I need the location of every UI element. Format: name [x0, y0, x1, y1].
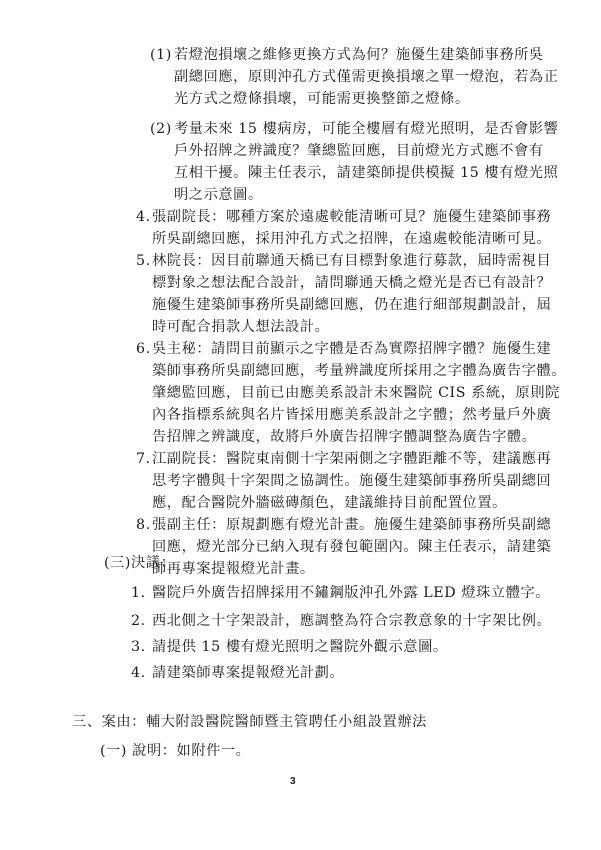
item-6-line-3: 肇總監回應，目前已由應美系設計未來醫院 CIS 系統，原則院 — [152, 382, 560, 404]
item-7-marker: 7. — [136, 448, 151, 470]
item-5-line-1: 林院長：因目前聯通天橋已有目標對象進行募款，屆時需視目 — [152, 250, 551, 272]
item-8-line-3: 師再專案提報燈光計畫。 — [152, 558, 315, 580]
section-three-sub-heading: (一) 說明：如附件一。 — [100, 740, 250, 762]
sub-item-2-line-2: 戶外招牌之辨識度？肇總監回應，目前燈光方式應不會有 — [174, 140, 544, 162]
item-6-line-2: 築師事務所吳副總回應，考量辨識度所採用之字體為廣告字體。 — [152, 360, 566, 382]
resolution-item-3-marker: 3. — [131, 636, 146, 658]
document-page: (1) 若燈泡損壞之維修更換方式為何？施優生建築師事務所吳 副總回應，原則沖孔方… — [0, 0, 601, 850]
item-6-marker: 6. — [136, 338, 151, 360]
item-5-line-2: 標對象之想法配合設計，請問聯通天橋之燈光是否已有設計？ — [152, 272, 551, 294]
resolution-item-2-marker: 2. — [131, 610, 146, 632]
resolution-item-1-marker: 1. — [131, 582, 146, 604]
resolution-heading: (三)決議： — [104, 552, 175, 574]
sub-item-1-marker: (1) — [150, 44, 172, 66]
sub-item-1-line-3: 光方式之燈條損壞，可能需更換整節之燈條。 — [174, 88, 470, 110]
item-8-line-1: 張副主任：原規劃應有燈光計畫。施優生建築師事務所吳副總 — [152, 514, 551, 536]
resolution-item-4-marker: 4. — [131, 662, 146, 684]
item-8-line-2: 回應，燈光部分已納入現有發包範圍內。陳主任表示，請建築 — [152, 536, 551, 558]
sub-item-1-line-2: 副總回應，原則沖孔方式僅需更換損壞之單一燈泡，若為正 — [174, 66, 558, 88]
resolution-item-3-text: 請提供 15 樓有燈光照明之醫院外觀示意圖。 — [152, 636, 448, 658]
item-7-line-1: 江副院長：醫院東南側十字架兩側之字體距離不等，建議應再 — [152, 448, 551, 470]
item-6-line-4: 內各指標系統與名片皆採用應美系設計之字體；然考量戶外廣 — [152, 404, 551, 426]
item-5-marker: 5. — [136, 250, 151, 272]
resolution-item-2-text: 西北側之十字架設計，應調整為符合宗教意象的十字架比例。 — [152, 610, 551, 632]
section-three-heading: 三、案由：輔大附設醫院醫師暨主管聘任小組設置辦法 — [72, 711, 427, 733]
resolution-item-1-text: 醫院戶外廣告招牌採用不鏽鋼版沖孔外露 LED 燈珠立體字。 — [152, 582, 550, 604]
item-4-line-1: 張副院長：哪種方案於遠處較能清晰可見？施優生建築師事務 — [152, 206, 551, 228]
item-5-line-4: 時可配合捐款人想法設計。 — [152, 316, 329, 338]
item-4-line-2: 所吳副總回應，採用沖孔方式之招牌，在遠處較能清晰可見。 — [152, 228, 551, 250]
page-number: 3 — [290, 776, 296, 787]
sub-item-1-line-1: 若燈泡損壞之維修更換方式為何？施優生建築師事務所吳 — [174, 44, 544, 66]
item-6-line-1: 吳主秘：請問目前顯示之字體是否為實際招牌字體？施優生建 — [152, 338, 551, 360]
item-6-line-5: 告招牌之辨識度，故將戶外廣告招牌字體調整為廣告字體。 — [152, 426, 536, 448]
sub-item-2-line-4: 明之示意圖。 — [174, 184, 263, 206]
sub-item-2-line-3: 互相干擾。陳主任表示，請建築師提供模擬 15 樓有燈光照 — [174, 162, 558, 184]
item-7-line-3: 應，配合醫院外牆磁磚顏色，建議維持目前配置位置。 — [152, 492, 507, 514]
sub-item-2-marker: (2) — [150, 118, 172, 140]
item-5-line-3: 施優生建築師事務所吳副總回應，仍在進行細部規劃設計，屆 — [152, 294, 551, 316]
item-8-marker: 8. — [136, 514, 151, 536]
sub-item-2-line-1: 考量未來 15 樓病房，可能全樓層有燈光照明，是否會影響 — [174, 118, 558, 140]
item-7-line-2: 思考字體與十字架間之協調性。施優生建築師事務所吳副總回 — [152, 470, 551, 492]
resolution-item-4-text: 請建築師專案提報燈光計劃。 — [152, 662, 344, 684]
item-4-marker: 4. — [136, 206, 151, 228]
